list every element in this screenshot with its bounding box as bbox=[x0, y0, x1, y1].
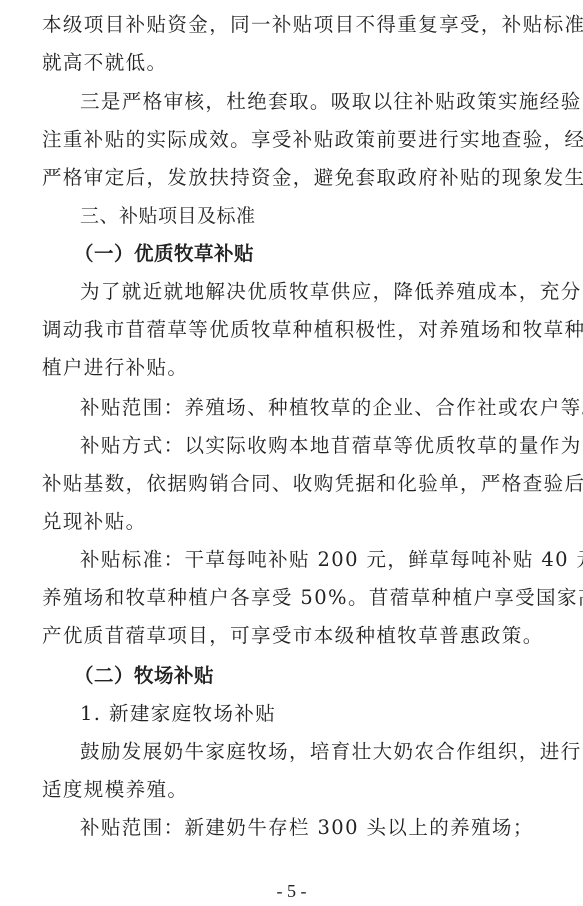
paragraph-line: 严格审定后，发放扶持资金，避免套取政府补贴的现象发生。 bbox=[42, 166, 554, 190]
paragraph-line: 1. 新建家庭牧场补贴 bbox=[80, 702, 554, 726]
paragraph-line: 调动我市苜蓿草等优质牧草种植积极性，对养殖场和牧草种 bbox=[42, 318, 554, 342]
paragraph-line: 补贴标准：干草每吨补贴 200 元，鲜草每吨补贴 40 元； bbox=[80, 548, 554, 572]
paragraph-line: 三是严格审核，杜绝套取。吸取以往补贴政策实施经验， bbox=[80, 90, 554, 114]
paragraph-line: 本级项目补贴资金，同一补贴项目不得重复享受，补贴标准 bbox=[42, 13, 554, 37]
paragraph-line: 植户进行补贴。 bbox=[42, 356, 554, 380]
paragraph-line: 补贴基数，依据购销合同、收购凭据和化验单，严格查验后 bbox=[42, 472, 554, 496]
paragraph-line: 养殖场和牧草种植户各享受 50%。苜蓿草种植户享受国家高 bbox=[42, 586, 554, 610]
paragraph-line: 为了就近就地解决优质牧草供应，降低养殖成本，充分 bbox=[80, 280, 554, 304]
paragraph-line: 补贴方式：以实际收购本地苜蓿草等优质牧草的量作为 bbox=[80, 434, 554, 458]
page-number: - 5 - bbox=[0, 881, 583, 902]
section-heading: 三、补贴项目及标准 bbox=[80, 204, 554, 228]
paragraph-line: 兑现补贴。 bbox=[42, 510, 554, 534]
paragraph-line: 补贴范围：养殖场、种植牧草的企业、合作社或农户等。 bbox=[80, 396, 554, 420]
subsection-heading: （二）牧场补贴 bbox=[74, 664, 548, 688]
paragraph-line: 适度规模养殖。 bbox=[42, 778, 554, 802]
subsection-heading: （一）优质牧草补贴 bbox=[74, 242, 548, 266]
paragraph-line: 注重补贴的实际成效。享受补贴政策前要进行实地查验，经 bbox=[42, 128, 554, 152]
paragraph-line: 就高不就低。 bbox=[42, 51, 554, 75]
paragraph-line: 产优质苜蓿草项目，可享受市本级种植牧草普惠政策。 bbox=[42, 624, 554, 648]
paragraph-line: 补贴范围：新建奶牛存栏 300 头以上的养殖场； bbox=[80, 816, 554, 840]
paragraph-line: 鼓励发展奶牛家庭牧场，培育壮大奶农合作组织，进行 bbox=[80, 740, 554, 764]
